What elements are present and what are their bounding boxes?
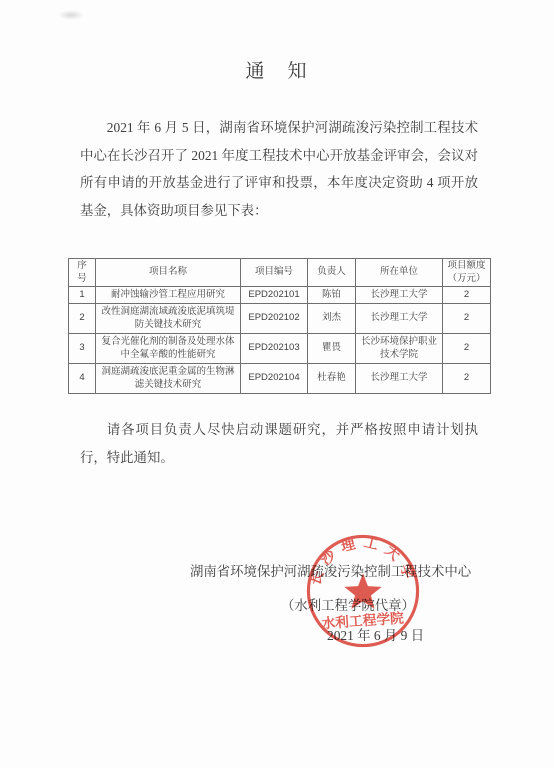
funding-projects-table: 序 号项目名称项目编号负责人所在单位项目额度 （万元） 1耐冲蚀输沙管工程应用研… (68, 258, 491, 394)
scan-artifact (58, 10, 84, 20)
table-header-cell: 项目编号 (241, 259, 308, 287)
table-row: 1耐冲蚀输沙管工程应用研究EPD202101陈铂长沙理工大学2 (69, 287, 491, 304)
table-cell: 长沙理工大学 (356, 364, 443, 394)
table-row: 2改性洞庭湖流域疏浚底泥填筑堤防关键技术研究EPD202102刘杰长沙理工大学2 (69, 304, 491, 334)
table-header-cell: 项目额度 （万元） (443, 259, 491, 287)
table-cell: 长沙理工大学 (356, 304, 443, 334)
table-header-cell: 序 号 (69, 259, 96, 287)
table-header-row: 序 号项目名称项目编号负责人所在单位项目额度 （万元） (69, 259, 491, 287)
closing-paragraph: 请各项目负责人尽快启动课题研究，并严格按照申请计划执行，特此通知。 (80, 416, 478, 471)
table-cell: 2 (443, 364, 491, 394)
table-cell: 刘杰 (308, 304, 356, 334)
table-header-cell: 项目名称 (96, 259, 241, 287)
table-cell: 长沙环境保护职业技术学院 (356, 334, 443, 364)
signature-proxy-note: （水利工程学院代章） (281, 595, 415, 614)
table-cell: 陈铂 (308, 287, 356, 304)
table-cell: EPD202101 (241, 287, 308, 304)
table-header-cell: 所在单位 (356, 259, 443, 287)
table-cell: 2 (443, 287, 491, 304)
signature-organization: 湖南省环境保护河湖疏浚污染控制工程技术中心 (190, 561, 471, 580)
notice-body-paragraph: 2021 年 6 月 5 日，湖南省环境保护河湖疏浚污染控制工程技术中心在长沙召… (80, 114, 478, 224)
table-cell: 2 (69, 304, 96, 334)
table-cell: 2 (443, 334, 491, 364)
table-cell: 瞿畏 (308, 334, 356, 364)
table-header: 序 号项目名称项目编号负责人所在单位项目额度 （万元） (69, 259, 491, 287)
table-cell: 洞庭湖疏浚底泥重金属的生物淋滤关键技术研究 (96, 364, 241, 394)
table-cell: 复合光催化剂的制备及处理水体中全氟辛酸的性能研究 (96, 334, 241, 364)
table-body: 1耐冲蚀输沙管工程应用研究EPD202101陈铂长沙理工大学22改性洞庭湖流域疏… (69, 287, 491, 394)
table-cell: 2 (443, 304, 491, 334)
table-row: 3复合光催化剂的制备及处理水体中全氟辛酸的性能研究EPD202103瞿畏长沙环境… (69, 334, 491, 364)
table-cell: 耐冲蚀输沙管工程应用研究 (96, 287, 241, 304)
table-cell: 1 (69, 287, 96, 304)
table-cell: 4 (69, 364, 96, 394)
table-cell: 长沙理工大学 (356, 287, 443, 304)
signature-date: 2021 年 6 月 9 日 (327, 625, 424, 644)
table-header-cell: 负责人 (308, 259, 356, 287)
table-cell: EPD202104 (241, 364, 308, 394)
table-cell: 3 (69, 334, 96, 364)
table-cell: EPD202103 (241, 334, 308, 364)
table-cell: EPD202102 (241, 304, 308, 334)
table-cell: 杜春艳 (308, 364, 356, 394)
table-row: 4洞庭湖疏浚底泥重金属的生物淋滤关键技术研究EPD202104杜春艳长沙理工大学… (69, 364, 491, 394)
notice-document-page: 通 知 2021 年 6 月 5 日，湖南省环境保护河湖疏浚污染控制工程技术中心… (0, 0, 554, 768)
page-title: 通 知 (0, 56, 554, 83)
table-cell: 改性洞庭湖流域疏浚底泥填筑堤防关键技术研究 (96, 304, 241, 334)
